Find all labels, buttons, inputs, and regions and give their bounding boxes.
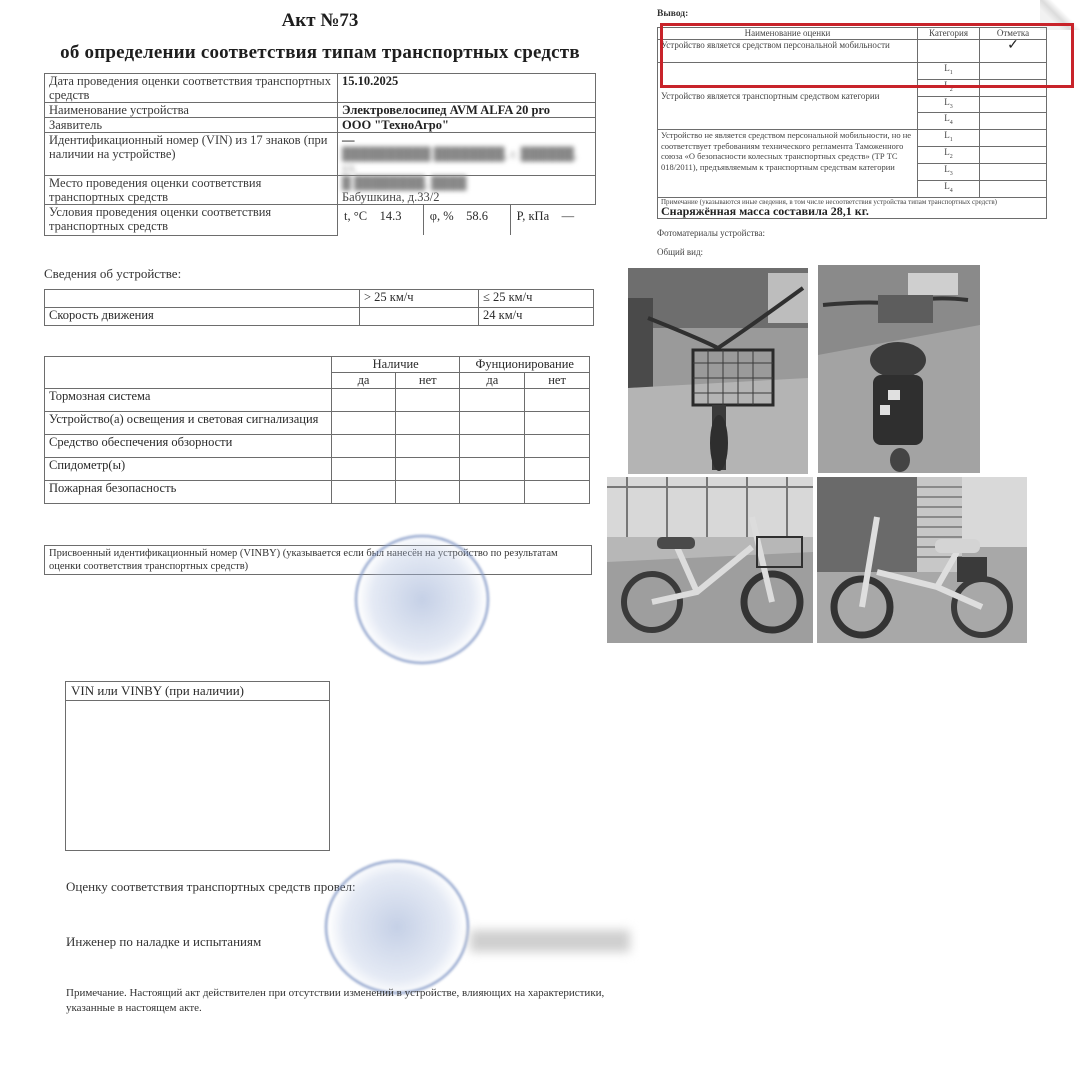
table-row: Место проведения оценки соответствия тра… bbox=[45, 176, 596, 205]
speed-label: Скорость движения bbox=[45, 308, 360, 326]
equipment-check-table: Наличие Фунционирование да нет да нет То… bbox=[44, 356, 590, 504]
table-row: Идентификационный номер (VIN) из 17 знак… bbox=[45, 133, 596, 176]
speed-table: > 25 км/ч ≤ 25 км/ч Скорость движения 24… bbox=[44, 289, 594, 326]
address-visible: Бабушкина, д.33/2 bbox=[342, 190, 591, 204]
signature-stamp bbox=[325, 860, 469, 994]
check-row-label: Тормозная система bbox=[45, 389, 332, 412]
category-cell: L1 bbox=[918, 130, 980, 147]
conclusion-label: Вывод: bbox=[657, 9, 688, 19]
table-row: Примечание (указываются иные сведения, в… bbox=[658, 198, 1047, 219]
red-highlight-box bbox=[660, 23, 1074, 88]
bicycle-rear-image bbox=[818, 265, 980, 473]
category-cell: L2 bbox=[918, 147, 980, 164]
category-cell: L4 bbox=[918, 113, 980, 130]
check-row-label: Пожарная безопасность bbox=[45, 481, 332, 504]
act-title: Акт №73 bbox=[0, 10, 640, 32]
device-info-heading: Сведения об устройстве: bbox=[44, 266, 181, 282]
act-subtitle: об определении соответствия типам трансп… bbox=[30, 42, 610, 64]
pressure-value: — bbox=[562, 209, 575, 223]
photo-front-view bbox=[628, 268, 808, 474]
function-yes-header: да bbox=[460, 373, 525, 389]
vin-value-text: — bbox=[342, 133, 591, 147]
table-row: Устройство(а) освещения и световая сигна… bbox=[45, 412, 590, 435]
vinby-note-box: Присвоенный идентификационный номер (VIN… bbox=[44, 545, 592, 575]
table-row: Пожарная безопасность bbox=[45, 481, 590, 504]
table-row: Условия проведения оценки соответствия т… bbox=[45, 205, 596, 236]
info-table: Дата проведения оценки соответствия тран… bbox=[44, 73, 596, 236]
table-row: Средство обеспечения обзорности bbox=[45, 435, 590, 458]
check-row-label: Средство обеспечения обзорности bbox=[45, 435, 332, 458]
redacted-signature-name bbox=[470, 930, 630, 952]
temperature-label: t, °C bbox=[344, 209, 367, 223]
pressure-label: P, кПа bbox=[517, 209, 549, 223]
speed-under-value: 24 км/ч bbox=[479, 308, 594, 326]
noncompliant-row-label: Устройство не является средством персона… bbox=[658, 130, 918, 198]
conducted-by-label: Оценку соответствия транспортных средств… bbox=[66, 879, 356, 895]
function-header: Фунционирование bbox=[460, 357, 590, 373]
table-row: Наименование устройства Электровелосипед… bbox=[45, 103, 596, 118]
speed-over-header: > 25 км/ч bbox=[360, 290, 479, 308]
presence-no-header: нет bbox=[396, 373, 460, 389]
address-redacted-line1: ██████████ ████████, г. ██████, ул. bbox=[342, 147, 591, 175]
engineer-label: Инженер по наладке и испытаниям bbox=[66, 934, 261, 950]
validity-note: Примечание. Настоящий акт действителен п… bbox=[66, 986, 626, 1016]
address-redacted-line2: █ ████████, ████ bbox=[342, 176, 591, 190]
presence-header: Наличие bbox=[331, 357, 460, 373]
check-row-label: Спидометр(ы) bbox=[45, 458, 332, 481]
table-row: Устройство не является средством персона… bbox=[658, 130, 1047, 147]
vin-label: Идентификационный номер (VIN) из 17 знак… bbox=[45, 133, 338, 176]
date-label: Дата проведения оценки соответствия тран… bbox=[45, 74, 338, 103]
function-no-header: нет bbox=[525, 373, 590, 389]
speed-over-value bbox=[360, 308, 479, 326]
device-name-label: Наименование устройства bbox=[45, 103, 338, 118]
bicycle-right-image bbox=[817, 477, 1027, 643]
applicant-value: ООО "ТехноАгро" bbox=[338, 118, 596, 133]
table-row: Заявитель ООО "ТехноАгро" bbox=[45, 118, 596, 133]
humidity-value: 58.6 bbox=[466, 209, 488, 223]
table-row: Дата проведения оценки соответствия тран… bbox=[45, 74, 596, 103]
company-stamp bbox=[355, 535, 489, 664]
date-value: 15.10.2025 bbox=[338, 74, 596, 103]
presence-yes-header: да bbox=[331, 373, 395, 389]
table-row: Спидометр(ы) bbox=[45, 458, 590, 481]
conditions-values: t, °C 14.3 φ, % 58.6 P, кПа — bbox=[338, 205, 596, 236]
table-row: Тормозная система bbox=[45, 389, 590, 412]
device-name-value: Электровелосипед AVM ALFA 20 pro bbox=[338, 103, 596, 118]
vin-value: — ██████████ ████████, г. ██████, ул. bbox=[338, 133, 596, 176]
speed-under-header: ≤ 25 км/ч bbox=[479, 290, 594, 308]
general-view-label: Общий вид: bbox=[657, 247, 703, 257]
photo-right-side-view bbox=[817, 477, 1027, 643]
conditions-label: Условия проведения оценки соответствия т… bbox=[45, 205, 338, 236]
bicycle-left-image bbox=[607, 477, 813, 643]
photo-rear-view bbox=[818, 265, 980, 473]
check-row-label: Устройство(а) освещения и световая сигна… bbox=[45, 412, 332, 435]
humidity-label: φ, % bbox=[430, 209, 454, 223]
conclusion-note: Примечание (указываются иные сведения, в… bbox=[658, 198, 1047, 219]
photo-materials-label: Фотоматериалы устройства: bbox=[657, 228, 765, 238]
curb-weight-note: Снаряжённая масса составила 28,1 кг. bbox=[661, 204, 869, 218]
category-cell: L3 bbox=[918, 96, 980, 113]
temperature-value: 14.3 bbox=[380, 209, 402, 223]
category-cell: L3 bbox=[918, 164, 980, 181]
bicycle-front-image bbox=[628, 268, 808, 474]
location-label: Место проведения оценки соответствия тра… bbox=[45, 176, 338, 205]
applicant-label: Заявитель bbox=[45, 118, 338, 133]
photo-left-side-view bbox=[607, 477, 813, 643]
vin-box: VIN или VINBY (при наличии) bbox=[65, 681, 330, 851]
category-cell: L4 bbox=[918, 181, 980, 198]
location-value: █ ████████, ████ Бабушкина, д.33/2 bbox=[338, 176, 596, 205]
vin-box-header: VIN или VINBY (при наличии) bbox=[66, 682, 329, 701]
